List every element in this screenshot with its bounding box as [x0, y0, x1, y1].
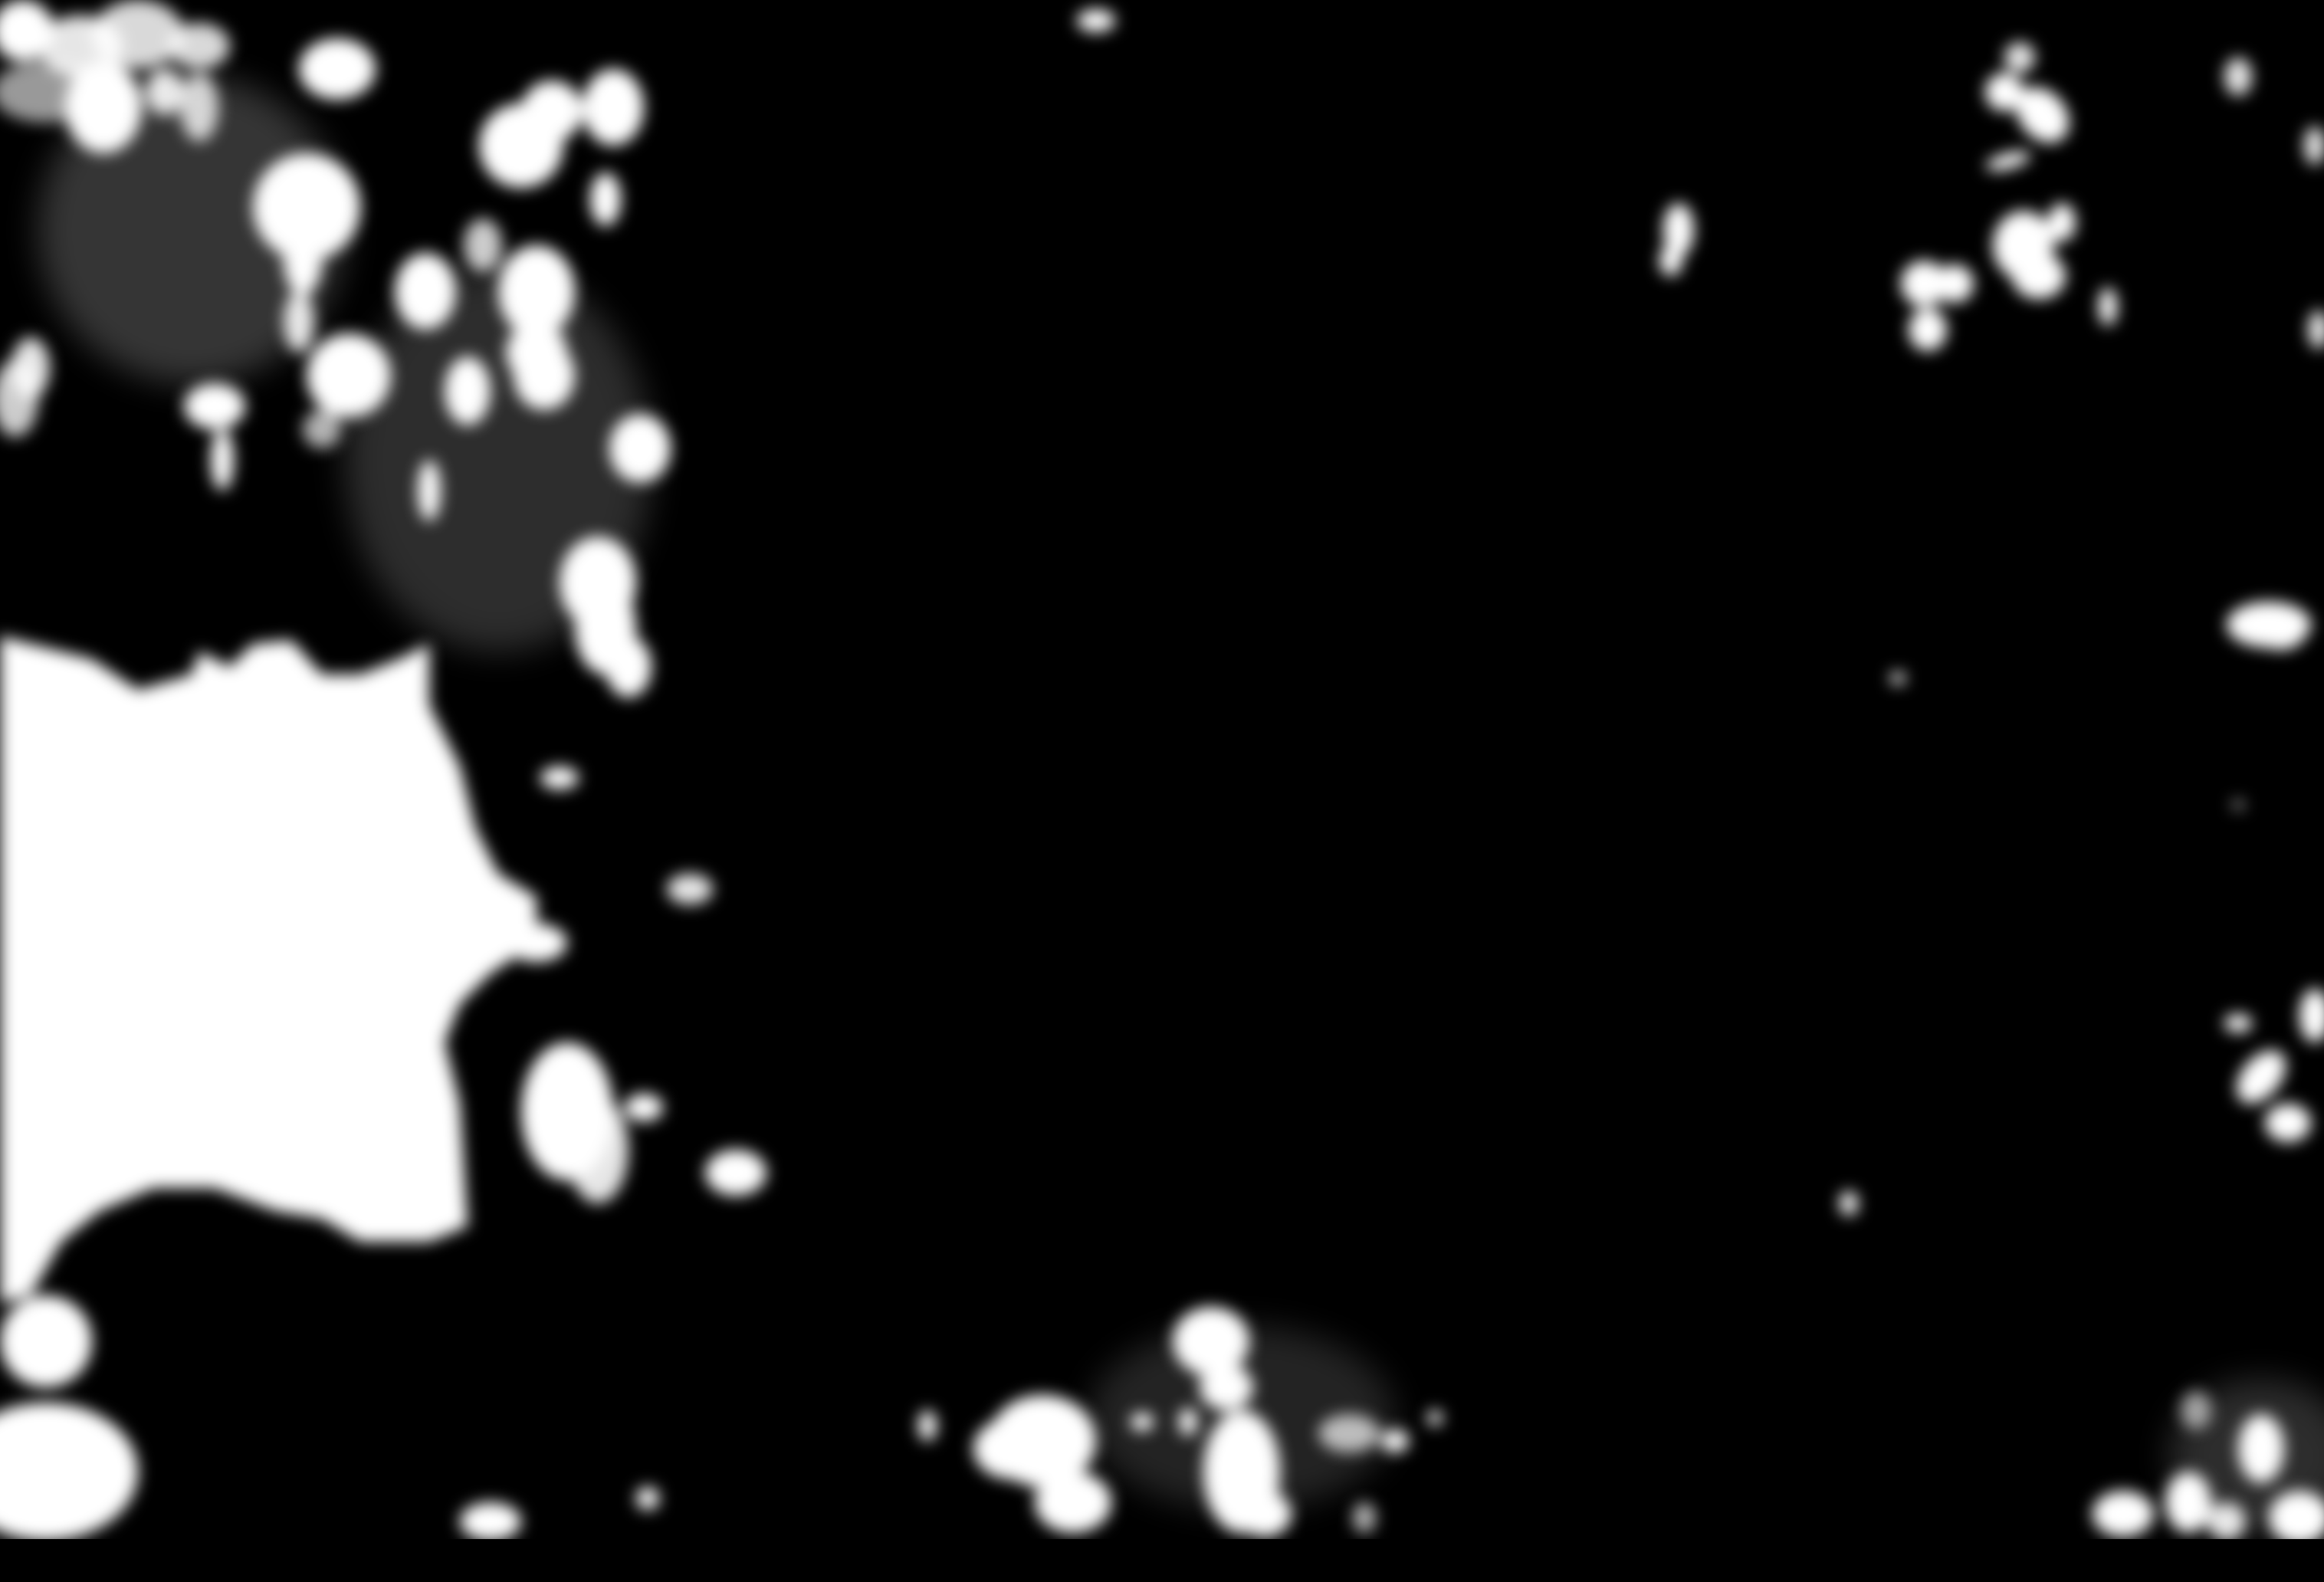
bottom-strip — [0, 1539, 2324, 1582]
cloud-mask-image — [0, 0, 2324, 1539]
